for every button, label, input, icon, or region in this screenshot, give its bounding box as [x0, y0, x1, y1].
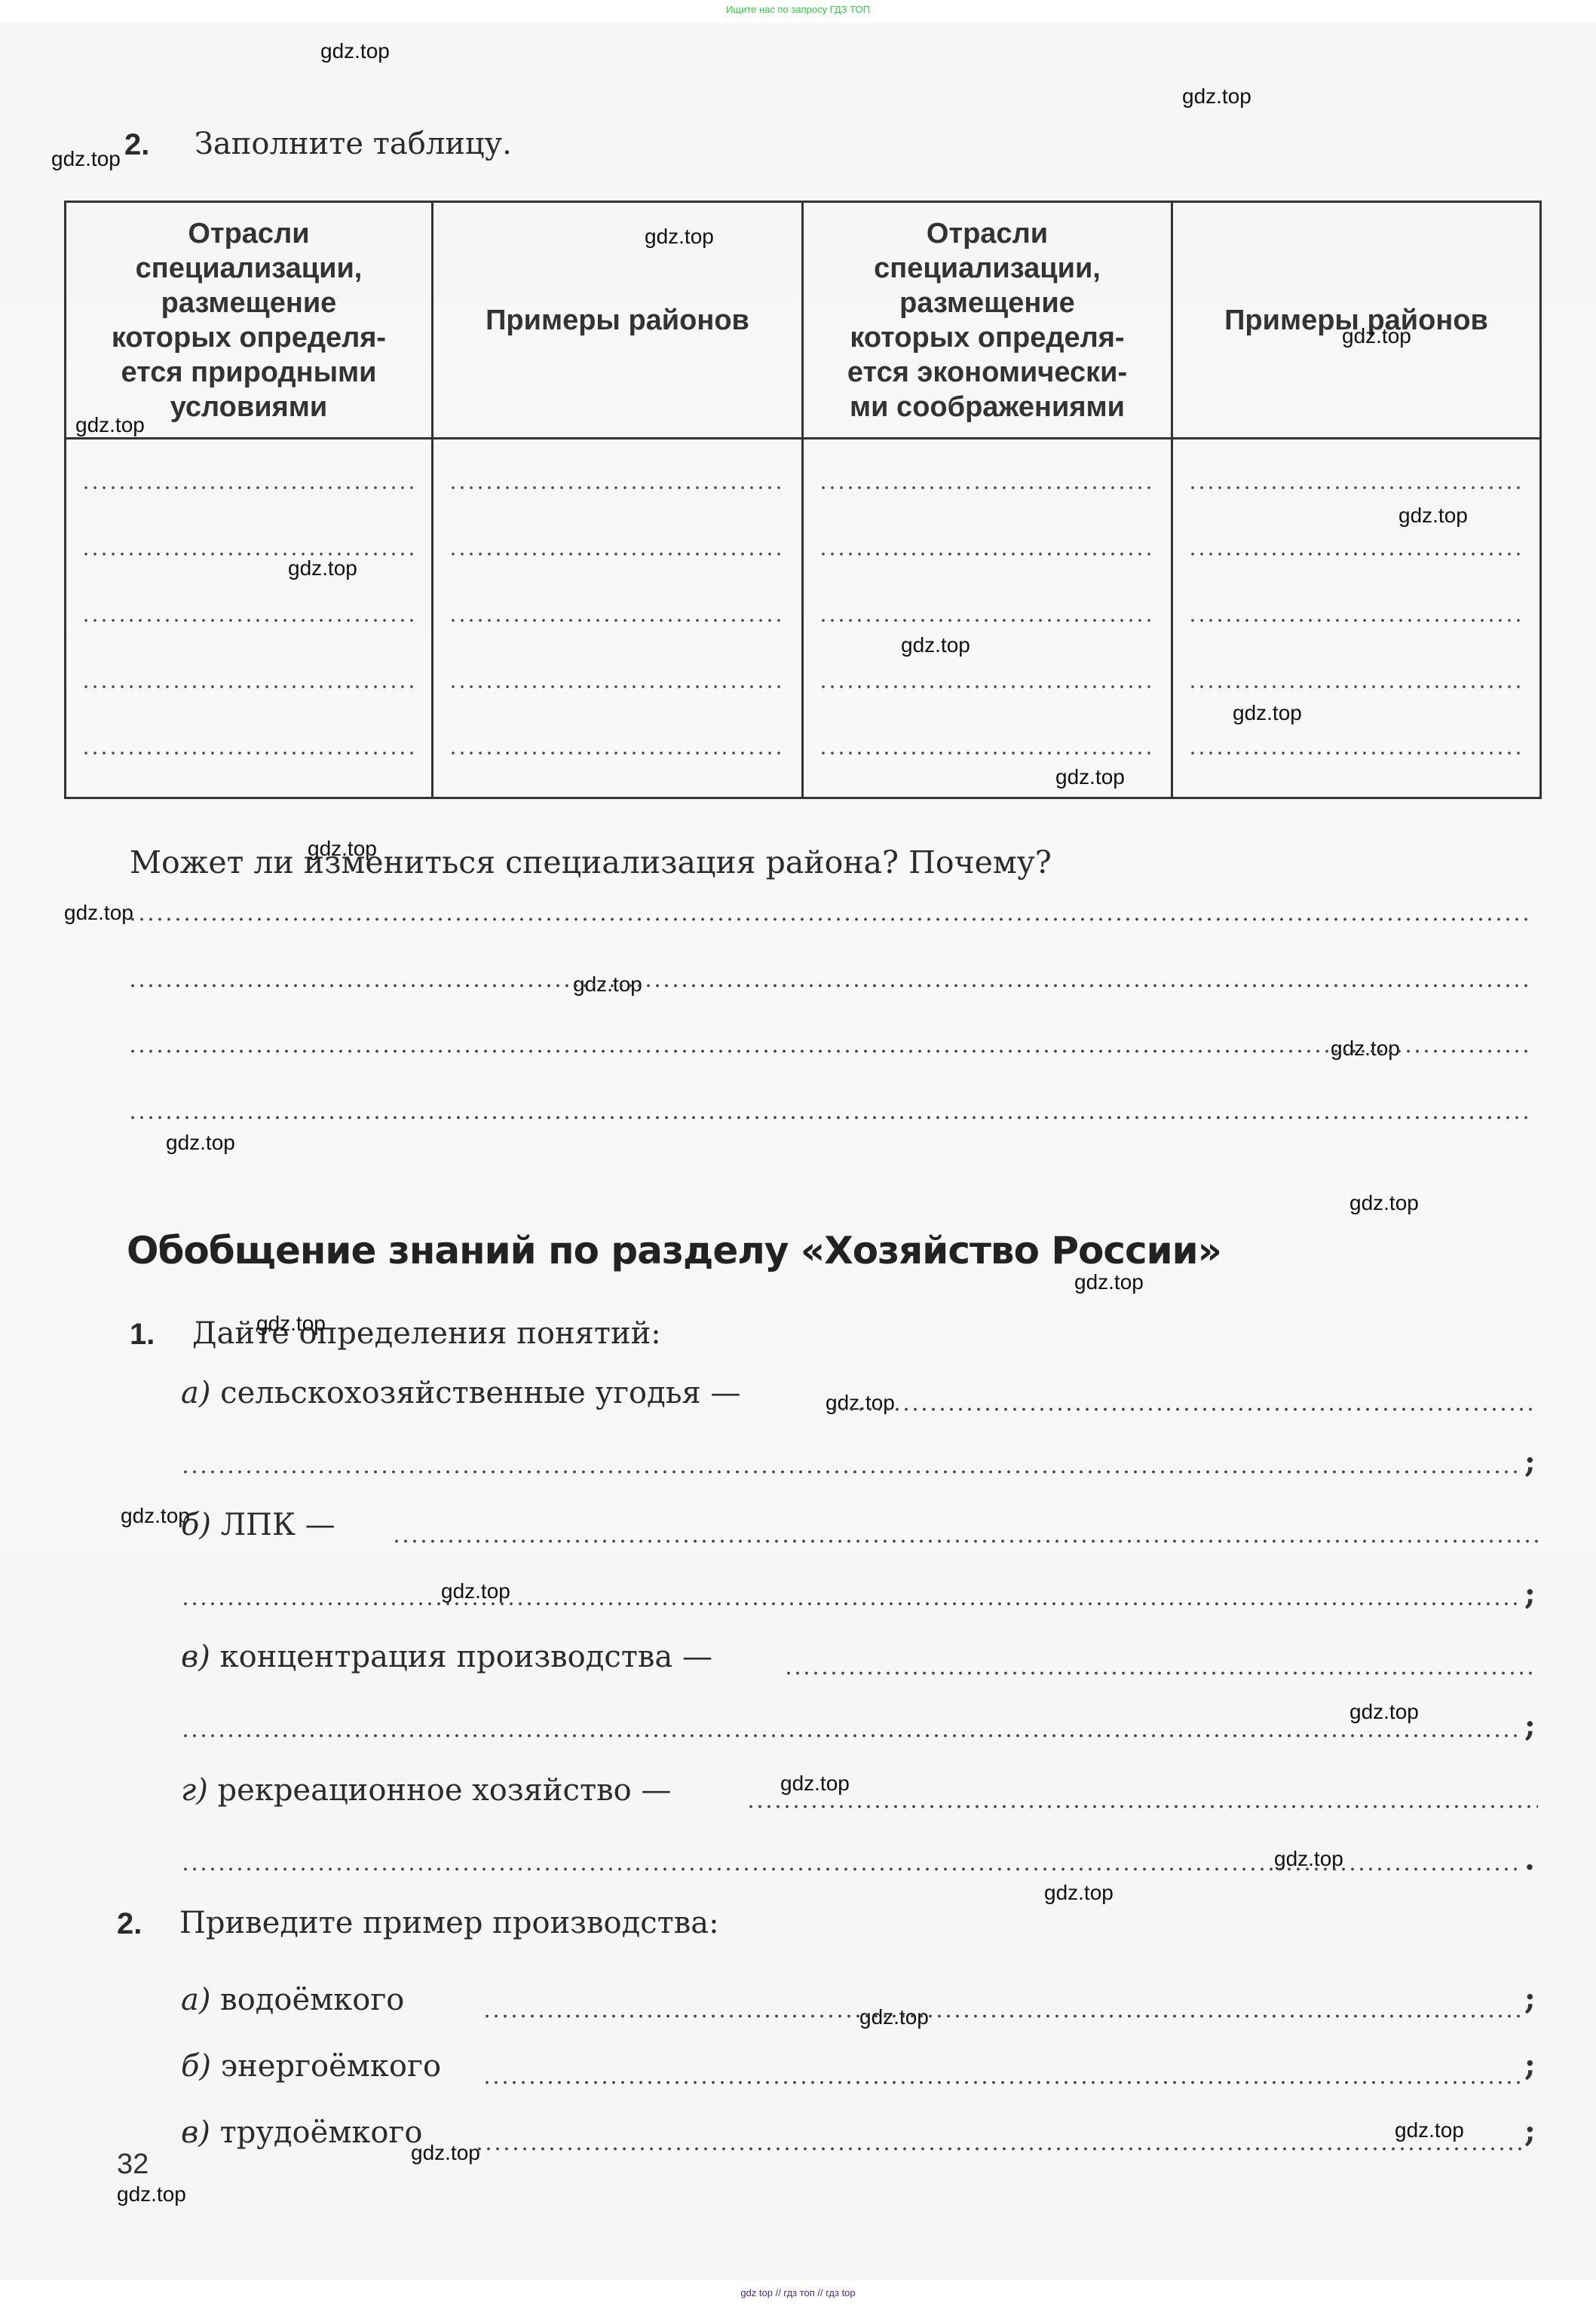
task-title: Заполните таблицу.: [195, 127, 512, 161]
example-answer-line[interactable]: [475, 2147, 1523, 2151]
definition-item: г) рекреационное хозяйство —: [181, 1773, 671, 1808]
answer-dotted-line[interactable]: [819, 553, 1156, 556]
answer-dotted-line[interactable]: [1188, 486, 1524, 489]
item-letter: а): [181, 1983, 220, 2017]
definition-answer-line[interactable]: [181, 1470, 1519, 1474]
header-line: ется природными: [66, 355, 431, 390]
item-term: сельскохозяйственные угодья —: [220, 1376, 740, 1410]
item-term: энергоёмкого: [221, 2049, 441, 2084]
watermark-text: gdz.top: [308, 837, 377, 861]
definition-answer-line[interactable]: [181, 1734, 1519, 1738]
watermark-text: gdz.top: [645, 225, 714, 249]
watermark-text: gdz.top: [901, 633, 970, 657]
definition-answer-line[interactable]: [784, 1671, 1538, 1675]
item-letter: в): [181, 1640, 220, 1674]
watermark-text: gdz.top: [1074, 1270, 1144, 1294]
item-letter: а): [181, 1376, 220, 1410]
answer-dotted-line[interactable]: [81, 553, 416, 556]
line-end-punctuation: ;: [1524, 1444, 1536, 1480]
watermark-text: gdz.top: [1349, 1191, 1419, 1215]
definition-item: в) концентрация производства —: [181, 1640, 712, 1674]
answer-dotted-line[interactable]: [81, 619, 416, 622]
question-answer-line[interactable]: [128, 1116, 1530, 1119]
watermark-text: gdz.top: [51, 147, 121, 171]
answer-cell-examples-2[interactable]: [1172, 439, 1541, 798]
answer-dotted-line[interactable]: [449, 619, 786, 622]
watermark-text: gdz.top: [288, 556, 357, 580]
examples-task-number: 2.: [117, 1907, 142, 1941]
answer-dotted-line[interactable]: [449, 752, 786, 755]
header-examples-2: Примеры районов: [1172, 202, 1541, 439]
item-term: водоёмкого: [220, 1983, 404, 2017]
watermark-text: gdz.top: [780, 1772, 850, 1796]
question-answer-line[interactable]: [128, 1049, 1530, 1053]
watermark-text: gdz.top: [1055, 765, 1125, 789]
line-end-punctuation: ;: [1524, 1576, 1536, 1612]
definition-answer-line[interactable]: [829, 1407, 1538, 1411]
question-text: Может ли измениться специализация района…: [130, 844, 1052, 880]
watermark-text: gdz.top: [1398, 504, 1468, 528]
line-end-punctuation: ;: [1524, 2114, 1536, 2149]
workbook-page: 2. Заполните таблицу. Отраслиспециализац…: [0, 23, 1596, 2280]
example-answer-line[interactable]: [482, 2014, 1523, 2018]
item-letter: г): [181, 1773, 218, 1808]
example-item: а) водоёмкого: [181, 1983, 404, 2017]
answer-dotted-line[interactable]: [1188, 619, 1524, 622]
answer-dotted-line[interactable]: [449, 486, 786, 489]
watermark-text: gdz.top: [1233, 701, 1302, 725]
watermark-text: gdz.top: [826, 1391, 895, 1415]
header-line: размещение: [66, 286, 431, 320]
definition-item: а) сельскохозяйственные угодья —: [181, 1376, 740, 1410]
definitions-task-number: 1.: [130, 1318, 155, 1352]
watermark-text: gdz.top: [256, 1312, 326, 1336]
header-line: ется экономически-: [804, 355, 1171, 390]
header-line: размещение: [804, 286, 1171, 320]
watermark-text: gdz.top: [121, 1504, 190, 1528]
item-term: трудоёмкого: [220, 2115, 423, 2150]
answer-dotted-line[interactable]: [1188, 685, 1524, 688]
answer-cell-examples-1[interactable]: [433, 439, 803, 798]
example-item: б) энергоёмкого: [181, 2049, 441, 2084]
item-letter: б): [181, 1508, 221, 1542]
watermark-text: gdz.top: [1342, 324, 1411, 348]
watermark-text: gdz.top: [75, 413, 145, 437]
watermark-text: gdz.top: [1044, 1881, 1114, 1905]
item-letter: в): [181, 2115, 220, 2150]
question-answer-line[interactable]: [128, 984, 1530, 988]
watermark-text: gdz.top: [1182, 84, 1251, 109]
definition-answer-line[interactable]: [746, 1805, 1538, 1808]
item-letter: б): [181, 2049, 221, 2084]
bottom-banner: gdz top // гдз топ // гдз top: [0, 2280, 1596, 2306]
item-term: рекреационное хозяйство —: [218, 1773, 672, 1808]
answer-dotted-line[interactable]: [449, 685, 786, 688]
header-line: Отрасли: [66, 216, 431, 251]
header-line: которых определя-: [804, 320, 1171, 355]
answer-dotted-line[interactable]: [1188, 752, 1524, 755]
answer-dotted-line[interactable]: [81, 752, 416, 755]
examples-task-title: Приведите пример производства:: [179, 1906, 719, 1940]
watermark-text: gdz.top: [64, 901, 133, 925]
answer-dotted-line[interactable]: [819, 619, 1156, 622]
example-item: в) трудоёмкого: [181, 2115, 423, 2150]
answer-dotted-line[interactable]: [449, 553, 786, 556]
header-economic-industries: Отраслиспециализации,размещениекоторых о…: [803, 202, 1172, 439]
watermark-text: gdz.top: [117, 2182, 186, 2206]
line-end-punctuation: ;: [1524, 2047, 1536, 2083]
header-line: ми соображениями: [804, 390, 1171, 424]
answer-dotted-line[interactable]: [819, 685, 1156, 688]
page-number: 32: [117, 2148, 149, 2181]
watermark-text: gdz.top: [320, 39, 390, 63]
watermark-text: gdz.top: [1349, 1700, 1419, 1724]
line-end-punctuation: ;: [1524, 1708, 1536, 1744]
watermark-text: gdz.top: [1331, 1037, 1400, 1061]
header-examples-1: Примеры районов: [433, 202, 803, 439]
top-banner: Ищите нас по запросу ГДЗ ТОП: [0, 0, 1596, 23]
definition-answer-line[interactable]: [181, 1602, 1519, 1606]
header-line: которых определя-: [66, 320, 431, 355]
example-answer-line[interactable]: [482, 2081, 1523, 2084]
header-line: специализации,: [804, 251, 1171, 286]
answer-dotted-line[interactable]: [819, 752, 1156, 755]
question-answer-line[interactable]: [128, 917, 1530, 921]
line-end-punctuation: .: [1524, 1842, 1535, 1877]
answer-dotted-line[interactable]: [81, 486, 416, 489]
watermark-text: gdz.top: [1395, 2118, 1464, 2142]
section-heading: Обобщение знаний по разделу «Хозяйство Р…: [127, 1229, 1221, 1272]
answer-dotted-line[interactable]: [819, 486, 1156, 489]
task-number: 2.: [124, 128, 149, 162]
definition-item: б) ЛПК —: [181, 1508, 335, 1542]
header-line: специализации,: [66, 251, 431, 286]
header-line: Примеры районов: [433, 303, 801, 338]
definition-answer-line[interactable]: [392, 1539, 1538, 1543]
watermark-text: gdz.top: [441, 1579, 510, 1603]
answer-cell-economic-industries[interactable]: [803, 439, 1172, 798]
answer-dotted-line[interactable]: [81, 685, 416, 688]
answer-dotted-line[interactable]: [1188, 553, 1524, 556]
header-natural-industries: Отраслиспециализации,размещениекоторых о…: [66, 202, 433, 439]
header-line: Отрасли: [804, 216, 1171, 251]
specialization-table: Отраслиспециализации,размещениекоторых о…: [64, 201, 1542, 799]
definition-answer-line[interactable]: [181, 1867, 1519, 1871]
watermark-text: gdz.top: [166, 1131, 235, 1155]
line-end-punctuation: ;: [1524, 1981, 1536, 2017]
item-term: ЛПК —: [221, 1508, 335, 1542]
item-term: концентрация производства —: [220, 1640, 712, 1674]
table-header-row: Отраслиспециализации,размещениекоторых о…: [66, 202, 1541, 439]
answer-cell-natural-industries[interactable]: [66, 439, 433, 798]
table-row: [66, 439, 1541, 798]
